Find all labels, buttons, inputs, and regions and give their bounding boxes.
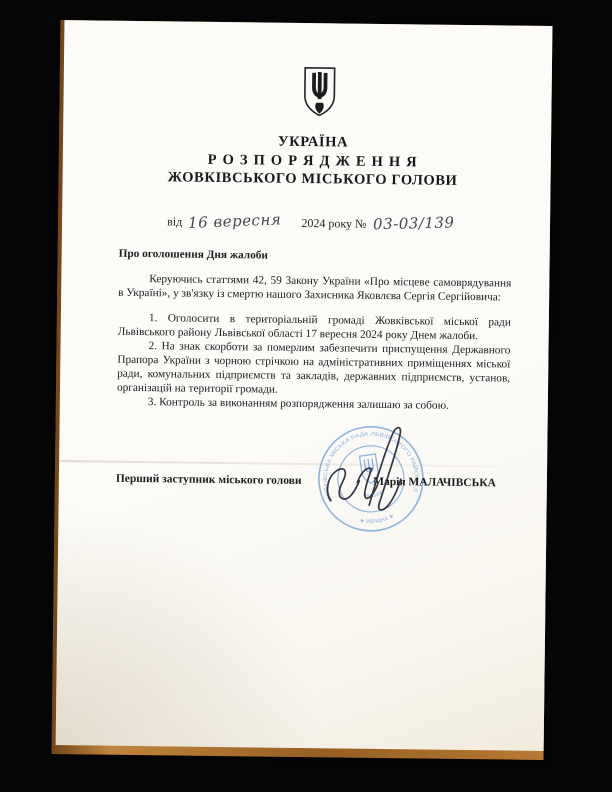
- handwritten-date: 16 вересня: [188, 210, 282, 232]
- photo-frame: УКРАЇНА Р О З П О Р Я Д Ж Е Н Н Я ЖОВКІВ…: [0, 0, 612, 792]
- handwritten-number: 03-03/139: [373, 213, 455, 233]
- subject-line: Про оголошення Дня жалоби: [119, 247, 512, 266]
- document-page: УКРАЇНА Р О З П О Р Я Д Ж Е Н Н Я ЖОВКІВ…: [56, 20, 553, 751]
- ukraine-trident-emblem-icon: [301, 63, 338, 120]
- document-header: УКРАЇНА Р О З П О Р Я Д Ж Е Н Н Я ЖОВКІВ…: [62, 130, 551, 191]
- table-edge: УКРАЇНА Р О З П О Р Я Д Ж Е Н Н Я ЖОВКІВ…: [52, 20, 553, 760]
- date-prefix: від: [167, 214, 182, 228]
- date-middle: 2024 року №: [301, 216, 366, 231]
- document-body: Про оголошення Дня жалоби Керуючись стат…: [117, 247, 512, 414]
- handwritten-signature: [316, 419, 413, 522]
- order-items: 1. Оголосити в територіальній громаді Жо…: [117, 311, 511, 414]
- signatory-position: Перший заступник міського голови: [116, 473, 302, 487]
- date-line: від16 вересня2024 року №03-03/139: [62, 210, 550, 234]
- order-item-2: 2. На знак скорботи за померлим забезпеч…: [117, 339, 511, 400]
- signature-row: Перший заступник міського голови Марія М…: [116, 473, 496, 490]
- paper-crease: [59, 460, 547, 468]
- preamble-paragraph: Керуючись статтями 42, 59 Закону України…: [118, 272, 511, 305]
